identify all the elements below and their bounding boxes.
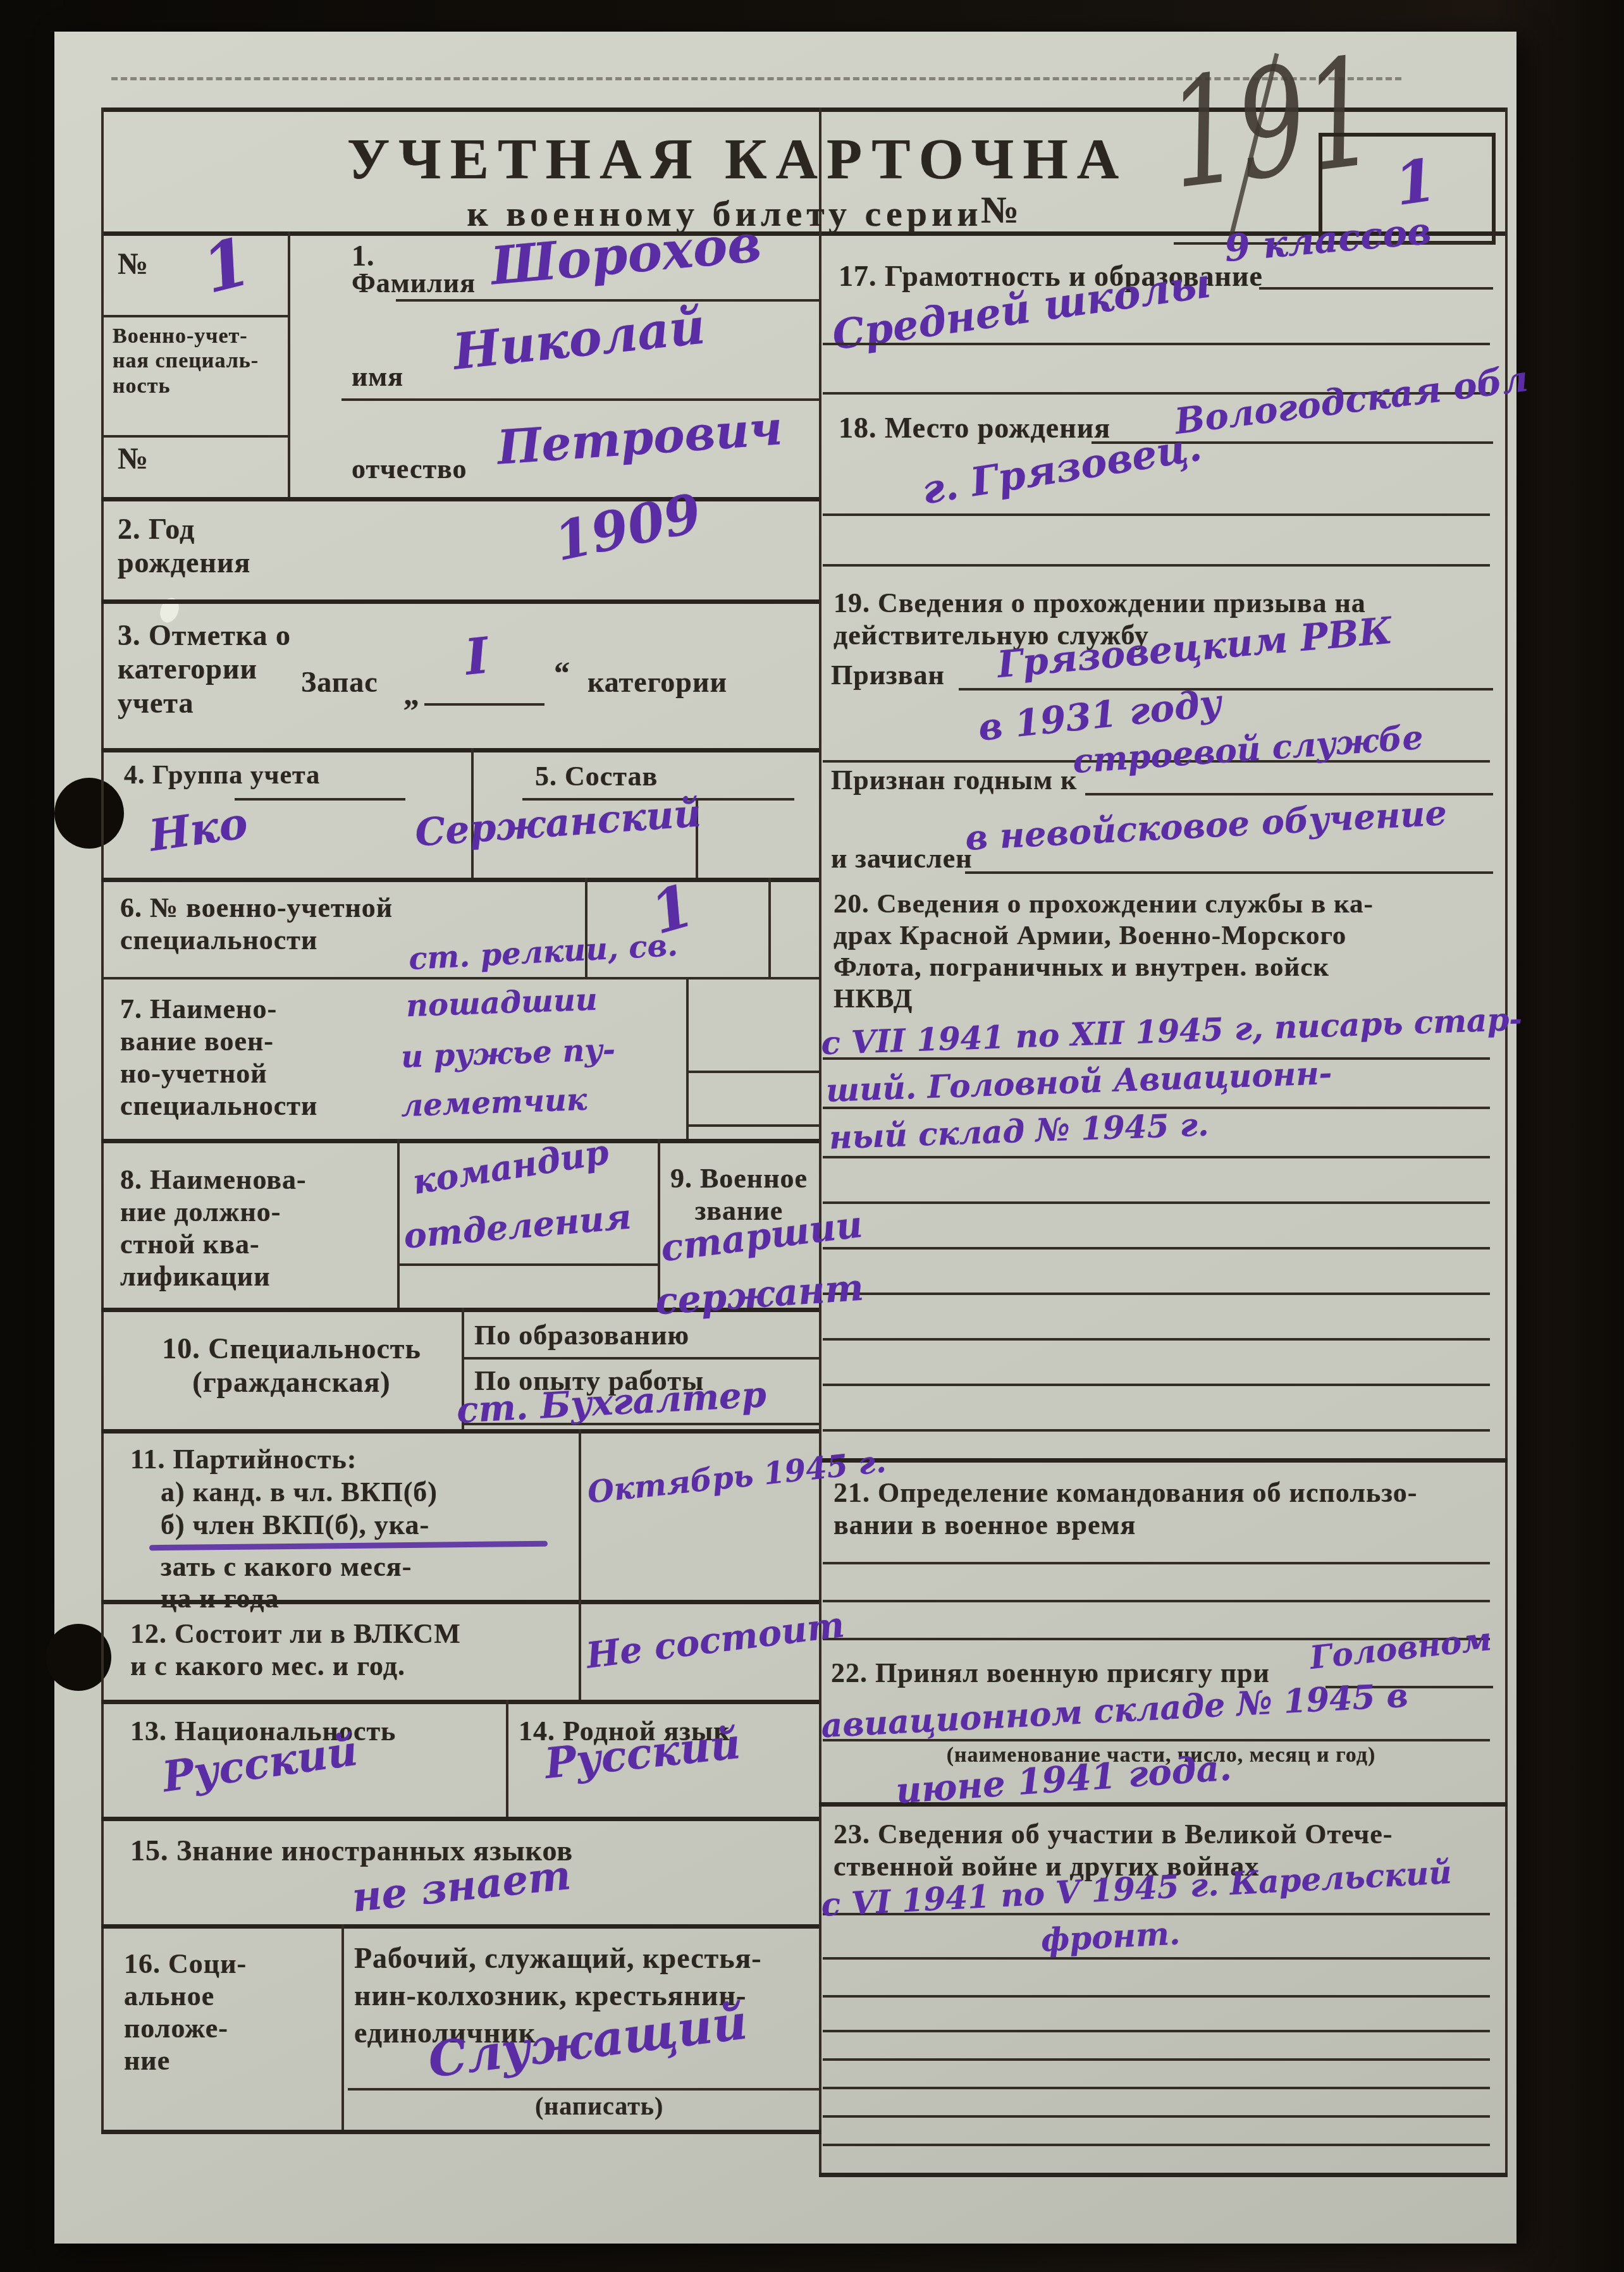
cell-divider: [579, 1600, 581, 1700]
cell-divider: [579, 1429, 581, 1600]
section-divider: [819, 1458, 1508, 1463]
scanned-document-page: УЧЕТНАЯ КАРТОЧНА к военному билету серии…: [0, 0, 1624, 2272]
rule-line: [823, 513, 1490, 516]
service-handwritten-line2: ший. Головной Авиационн-: [825, 1057, 1332, 1107]
category-label: 3. Отметка о категории учета: [118, 618, 333, 720]
party-label-line5: ца и года: [161, 1582, 280, 1614]
fill-in-hint: (написать): [535, 2092, 663, 2121]
rank-handwritten-line2: сержант: [654, 1269, 864, 1320]
vus-name-handwritten-line2: пошадшии: [405, 985, 598, 1022]
cell-divider: [397, 1139, 400, 1308]
reg-number2-label: №: [118, 441, 149, 477]
quote-open: „: [403, 675, 420, 712]
row-divider: [101, 748, 819, 752]
rule-line: [823, 1338, 1490, 1341]
row-divider: [101, 1600, 819, 1604]
row-divider: [101, 497, 819, 501]
party-underline-handwritten: [149, 1541, 548, 1551]
birthplace-label: 18. Место рождения: [839, 411, 1110, 445]
conscripted-label: Призван: [831, 659, 945, 691]
surname-label: Фамилия: [352, 267, 476, 299]
row-divider: [101, 878, 819, 882]
rule-line: [823, 2087, 1490, 2089]
rule-line: [348, 2088, 819, 2091]
categories-label: категории: [587, 665, 727, 699]
serial-number-sign: №: [981, 188, 1019, 233]
rule-line: [823, 2144, 1490, 2146]
fit-for-label: Признан годным к: [831, 764, 1077, 796]
patronymic-label: отчество: [352, 453, 467, 485]
sostav-label: 5. Состав: [535, 760, 658, 792]
rule-line: [823, 564, 1490, 567]
fill-line: [965, 871, 1493, 874]
rule-line: [235, 798, 405, 801]
vus-name-handwritten-line3: и ружье пу-: [400, 1035, 615, 1072]
rule-line: [686, 1071, 819, 1073]
rule-line: [823, 1156, 1490, 1158]
cell-divider: [506, 1700, 508, 1817]
row-divider: [101, 1139, 819, 1143]
zapas-label: Запас: [301, 665, 378, 699]
enrolled-label: и зачислен: [831, 842, 973, 875]
rule-line: [823, 1429, 1490, 1432]
fill-line: [959, 688, 1493, 691]
position-handwritten-line2: отделения: [402, 1199, 632, 1253]
social-status-label: 16. Соци- альное положе- ние: [124, 1948, 333, 2077]
party-label-line3: б) член ВКП(б), ука-: [161, 1509, 429, 1541]
table-border: [1505, 107, 1508, 2174]
service-history-label: 20. Сведения о прохождении службы в ка- …: [834, 888, 1504, 1015]
registration-card: УЧЕТНАЯ КАРТОЧНА к военному билету серии…: [54, 32, 1516, 2244]
table-border: [101, 2130, 821, 2134]
rule-line: [341, 398, 819, 401]
oath-label: 22. Принял военную присягу при: [831, 1657, 1270, 1689]
party-label-line4: зать с какого меся-: [161, 1550, 412, 1583]
rule-line: [823, 1201, 1490, 1204]
table-border: [101, 107, 104, 2132]
oath-handwritten-line1: Головном: [1308, 1623, 1493, 1674]
rule-line: [823, 1562, 1490, 1564]
rule-line: [823, 1293, 1490, 1295]
column-divider: [819, 107, 821, 2174]
rule-line: [823, 2058, 1490, 2061]
vus-side-label: Военно-учет- ная специаль- ность: [113, 324, 290, 398]
cell-divider: [686, 977, 689, 1139]
row-divider: [101, 977, 819, 979]
party-label-line1: 11. Партийность:: [130, 1443, 357, 1475]
party-label-line2: а) канд. в чл. ВКП(б): [161, 1476, 438, 1508]
hole-punch: [54, 778, 124, 849]
name-label: имя: [352, 360, 403, 393]
patronymic-handwritten: Петрович: [496, 405, 784, 471]
war-handwritten-line2: фронт.: [1040, 1917, 1181, 1956]
rule-line: [101, 435, 288, 438]
rule-line: [823, 1600, 1490, 1602]
birth-year-label: 2. Год рождения: [118, 512, 250, 580]
rule-line: [823, 1995, 1490, 1998]
position-handwritten-line1: командир: [410, 1134, 611, 1199]
rule-line: [101, 315, 288, 317]
fill-line: [424, 703, 544, 706]
sostav-handwritten: Сержанский: [414, 794, 702, 852]
rule-line: [823, 1957, 1490, 1960]
by-education-label: По образованию: [474, 1319, 689, 1351]
reg-number-label: №: [118, 247, 149, 282]
category-roman-handwritten: I: [463, 631, 491, 682]
service-handwritten-line3: ный склад № 1945 г.: [828, 1109, 1209, 1154]
ticket-number-handwritten: 1: [1391, 150, 1439, 214]
cell-divider: [341, 1924, 344, 2130]
vus-name-handwritten-line4: леметчик: [400, 1084, 587, 1121]
rule-line: [823, 343, 1490, 345]
row-divider: [101, 1817, 819, 1821]
row-divider: [101, 1924, 819, 1929]
rule-line: [397, 1263, 658, 1266]
vlksm-handwritten: Не состоит: [584, 1607, 846, 1674]
position-label: 8. Наименова- ние должно- стной ква- лиф…: [120, 1164, 398, 1293]
group-handwritten: Нко: [147, 802, 250, 858]
rule-line: [823, 1247, 1490, 1250]
rule-line: [396, 299, 819, 302]
cell-divider: [768, 878, 771, 977]
civil-specialty-label: 10. Специальность (гражданская): [124, 1332, 459, 1399]
enrolled-handwritten: в невойсковое обучение: [964, 795, 1448, 855]
rule-line: [462, 1357, 819, 1360]
rule-line: [823, 2030, 1490, 2032]
name-handwritten: Николай: [451, 302, 708, 377]
wartime-use-label: 21. Определение командования об использо…: [834, 1477, 1504, 1541]
table-border: [819, 2173, 1508, 2177]
rule-line: [686, 1124, 819, 1127]
vlksm-label: 12. Состоит ли в ВЛКСМ и с какого мес. и…: [130, 1618, 586, 1682]
rule-line: [823, 1384, 1490, 1386]
fill-line: [1259, 287, 1493, 290]
reg-number-handwritten: 1: [196, 228, 256, 303]
birthplace-handwritten-line1: Вологодская обл: [1173, 361, 1530, 439]
row-divider: [101, 1700, 819, 1704]
group-label: 4. Группа учета: [124, 760, 320, 791]
card-title: УЧЕТНАЯ КАРТОЧНА: [295, 125, 1180, 193]
row-divider: [101, 599, 819, 604]
rule-line: [823, 2115, 1490, 2118]
quote-close: “: [554, 654, 570, 691]
